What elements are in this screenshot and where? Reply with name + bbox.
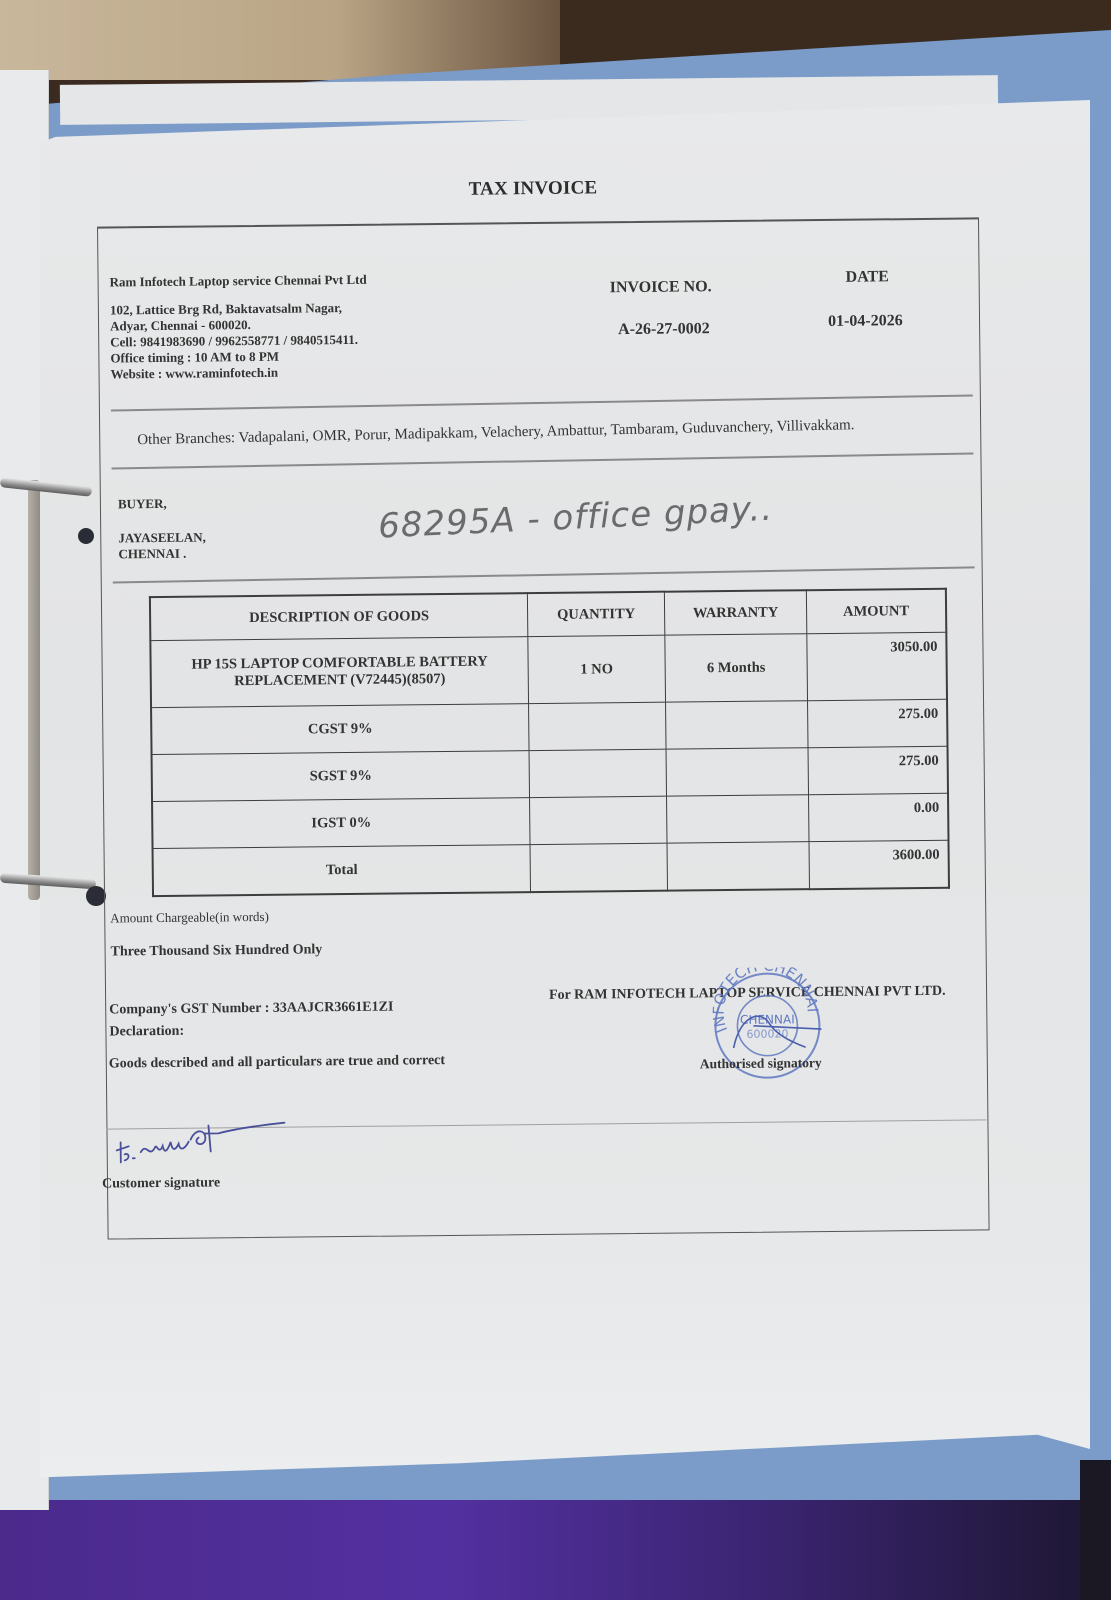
- empty-cell: [666, 701, 808, 749]
- table-row: IGST 0% 0.00: [152, 793, 948, 848]
- buyer-name: JAYASEELAN,: [118, 529, 206, 546]
- header-quantity: QUANTITY: [527, 592, 664, 637]
- empty-cell: [667, 842, 809, 891]
- table-row: CGST 9% 275.00: [151, 699, 947, 754]
- header-warranty: WARRANTY: [664, 590, 806, 635]
- empty-cell: [666, 748, 808, 796]
- tax-amount: 275.00: [808, 699, 948, 747]
- invoice-date: 01-04-2026: [828, 312, 903, 331]
- address-line1: 102, Lattice Brg Rd, Baktavatsalm Nagar,: [110, 300, 358, 319]
- item-description: HP 15S LAPTOP COMFORTABLE BATTERY REPLAC…: [150, 637, 528, 708]
- seller-website: Website : www.raminfotech.in: [110, 364, 358, 383]
- seller-cell: Cell: 9841983690 / 9962558771 / 98405154…: [110, 332, 358, 351]
- tax-label: CGST 9%: [151, 704, 529, 755]
- amount-words-label: Amount Chargeable(in words): [110, 909, 269, 927]
- table-row: HP 15S LAPTOP COMFORTABLE BATTERY REPLAC…: [150, 632, 947, 707]
- header-description: DESCRIPTION OF GOODS: [150, 593, 528, 640]
- empty-cell: [530, 796, 667, 844]
- buyer-details: JAYASEELAN, CHENNAI .: [118, 529, 206, 562]
- items-table: DESCRIPTION OF GOODS QUANTITY WARRANTY A…: [149, 588, 950, 897]
- seller-address: 102, Lattice Brg Rd, Baktavatsalm Nagar,…: [110, 300, 359, 383]
- gst-number: Company's GST Number : 33AAJCR3661E1ZI: [109, 1000, 393, 1019]
- total-amount: 3600.00: [809, 840, 949, 889]
- empty-cell: [530, 843, 667, 892]
- declaration-label: Declaration:: [109, 1024, 184, 1041]
- item-quantity: 1 NO: [528, 635, 666, 703]
- item-amount: 3050.00: [807, 632, 947, 700]
- svg-text:600020: 600020: [746, 1027, 788, 1040]
- total-label: Total: [153, 845, 531, 896]
- tax-amount: 0.00: [809, 793, 949, 841]
- empty-cell: [529, 702, 666, 750]
- authorised-signatory: Authorised signatory: [700, 1055, 822, 1072]
- empty-cell: [667, 795, 809, 843]
- table-row-total: Total 3600.00: [153, 840, 949, 896]
- invoice-document: TAX INVOICE Ram Infotech Laptop service …: [0, 0, 1111, 1600]
- tax-amount: 275.00: [808, 746, 948, 794]
- table-row: SGST 9% 275.00: [152, 746, 948, 801]
- buyer-city: CHENNAI .: [118, 545, 206, 562]
- item-warranty: 6 Months: [665, 634, 808, 702]
- invoice-no: A-26-27-0002: [618, 320, 710, 339]
- seller-name: Ram Infotech Laptop service Chennai Pvt …: [110, 272, 367, 291]
- tax-label: SGST 9%: [152, 751, 530, 802]
- header-amount: AMOUNT: [806, 589, 946, 634]
- customer-signature-icon: [112, 1111, 293, 1173]
- date-label: DATE: [846, 268, 889, 286]
- invoice-no-label: INVOICE NO.: [610, 278, 712, 297]
- tax-label: IGST 0%: [152, 798, 530, 849]
- customer-signature-label: Customer signature: [102, 1175, 220, 1192]
- amount-words: Three Thousand Six Hundred Only: [111, 942, 323, 960]
- empty-cell: [529, 749, 666, 797]
- document-title: TAX INVOICE: [469, 177, 598, 200]
- buyer-label: BUYER,: [118, 496, 167, 513]
